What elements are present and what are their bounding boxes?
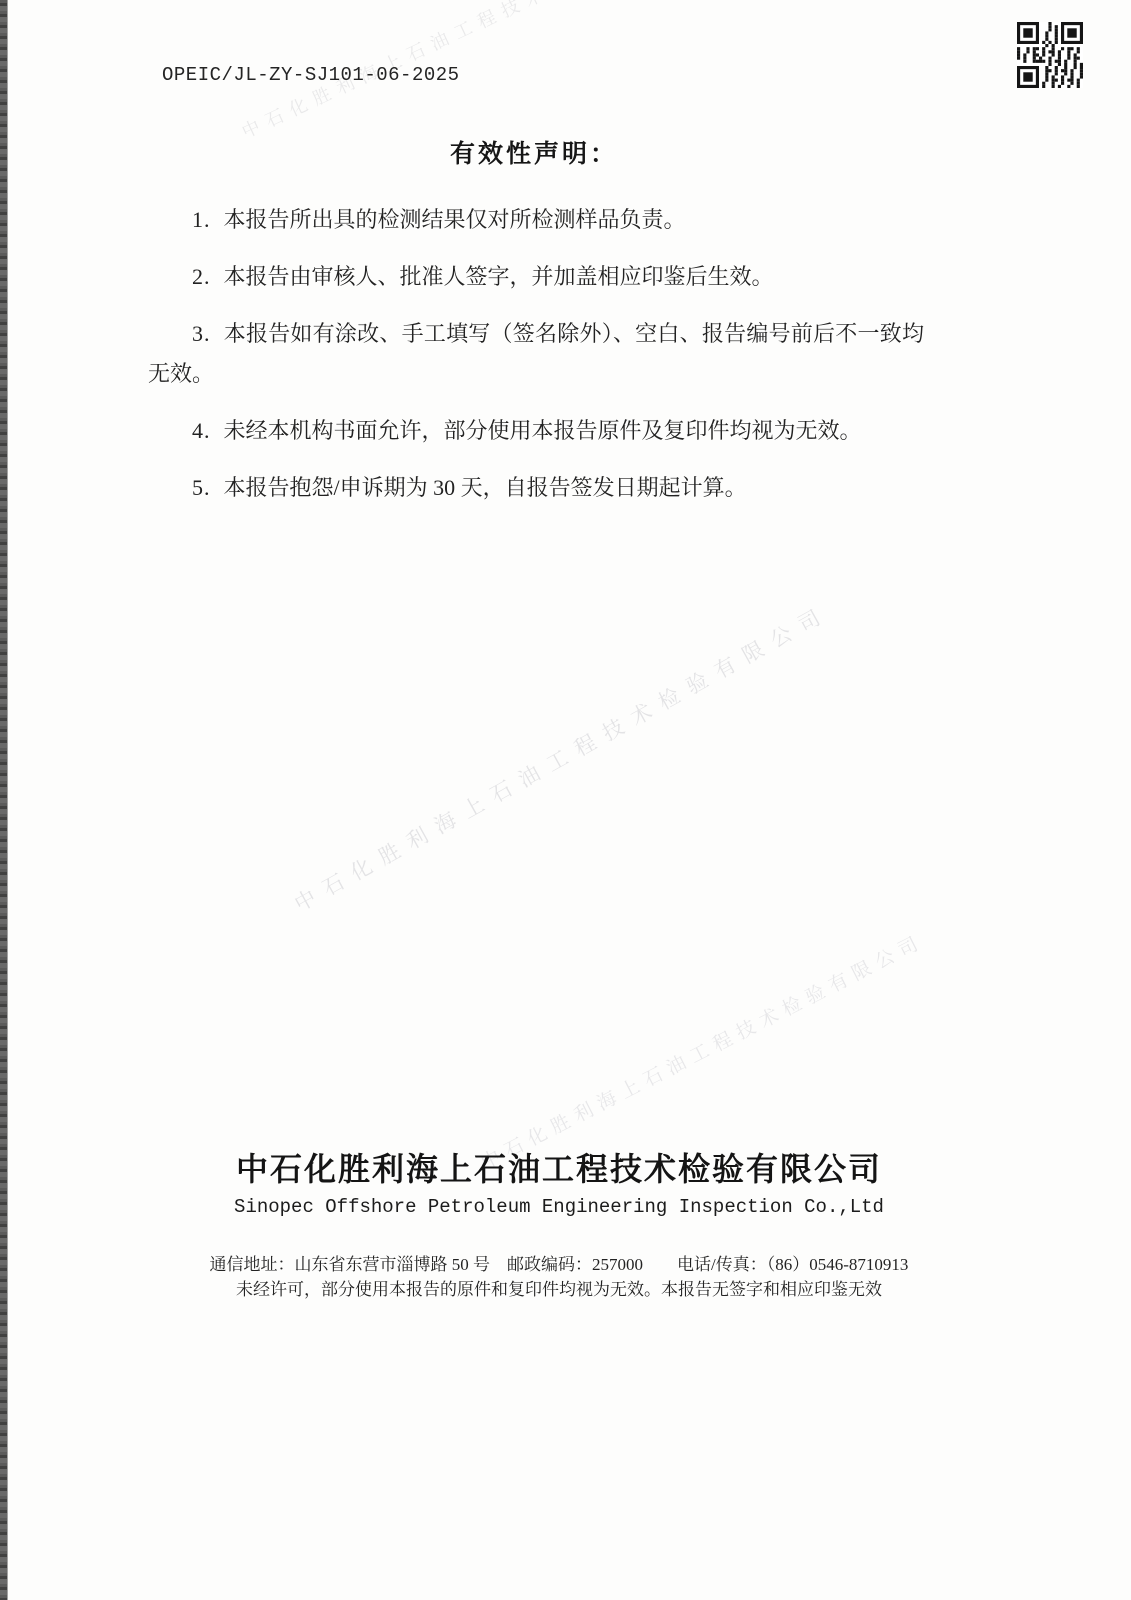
statement-item: 1.本报告所出具的检测结果仅对所检测样品负责。 — [148, 200, 924, 240]
statement-text: 本报告由审核人、批准人签字，并加盖相应印鉴后生效。 — [224, 264, 774, 289]
statement-list: 1.本报告所出具的检测结果仅对所检测样品负责。 2.本报告由审核人、批准人签字，… — [148, 200, 924, 525]
company-name-cn: 中石化胜利海上石油工程技术检验有限公司 — [0, 1144, 1118, 1190]
statement-number: 3. — [192, 321, 211, 346]
document-code: OPEIC/JL-ZY-SJ101-06-2025 — [162, 64, 460, 86]
statement-number: 4. — [192, 418, 211, 443]
statement-text: 本报告如有涂改、手工填写（签名除外）、空白、报告编号前后不一致均无效。 — [148, 321, 924, 386]
watermark-bottom: 中石化胜利海上石油工程技术检验有限公司 — [476, 927, 928, 1175]
statement-number: 1. — [192, 207, 211, 232]
statement-item: 4.未经本机构书面允许，部分使用本报告原件及复印件均视为无效。 — [148, 411, 924, 451]
footer-block: 中石化胜利海上石油工程技术检验有限公司 Sinopec Offshore Pet… — [0, 1144, 1118, 1302]
company-name-en: Sinopec Offshore Petroleum Engineering I… — [0, 1196, 1118, 1218]
statement-text: 本报告所出具的检测结果仅对所检测样品负责。 — [224, 207, 686, 232]
statement-item: 3.本报告如有涂改、手工填写（签名除外）、空白、报告编号前后不一致均无效。 — [148, 314, 924, 394]
qr-code-image — [1016, 22, 1084, 88]
statement-number: 2. — [192, 264, 211, 289]
footer-notice-line: 未经许可，部分使用本报告的原件和复印件均视为无效。本报告无签字和相应印鉴无效 — [0, 1277, 1118, 1302]
footer-address-line: 通信地址：山东省东营市淄博路 50 号 邮政编码：257000 电话/传真：（8… — [0, 1252, 1118, 1277]
page-title: 有效性声明： — [148, 134, 920, 170]
report-validity-page: 中石化胜利海上石油工程技术检验有限公司 中石化胜利海上石油工程技术检验有限公司 … — [0, 0, 1131, 1600]
scan-edge-artifact — [0, 0, 8, 1600]
statement-item: 5.本报告抱怨/申诉期为 30 天，自报告签发日期起计算。 — [148, 468, 924, 508]
statement-item: 2.本报告由审核人、批准人签字，并加盖相应印鉴后生效。 — [148, 257, 924, 297]
qr-code — [1016, 22, 1084, 88]
watermark-middle: 中石化胜利海上石油工程技术检验有限公司 — [288, 597, 834, 918]
statement-text: 未经本机构书面允许，部分使用本报告原件及复印件均视为无效。 — [224, 418, 862, 443]
statement-number: 5. — [192, 475, 211, 500]
statement-text: 本报告抱怨/申诉期为 30 天，自报告签发日期起计算。 — [224, 475, 747, 500]
